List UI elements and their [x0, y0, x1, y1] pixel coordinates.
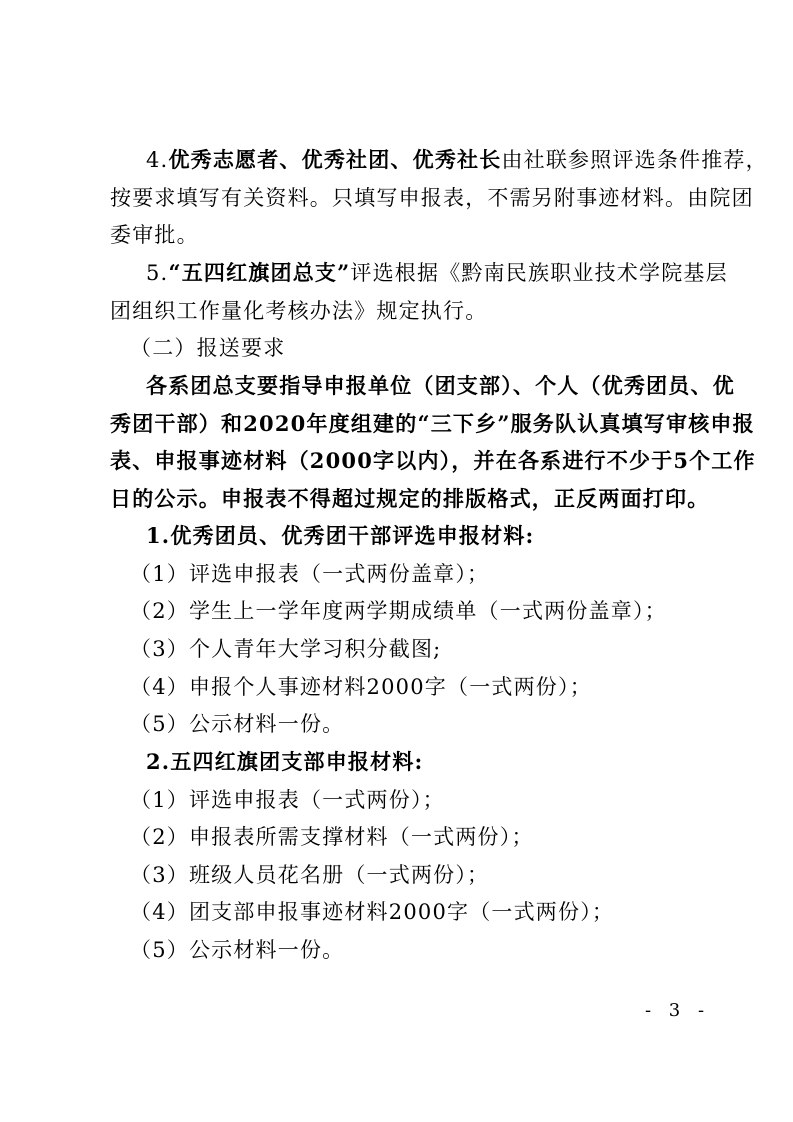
- section5-text: 评选根据《黔南民族职业技术学院基层: [350, 261, 727, 285]
- section5-number: 5.: [146, 261, 168, 285]
- intro-line3: 表、申报事迹材料（2000字以内），并在各系进行不少于5个工作: [110, 447, 694, 475]
- list2-item: （1）评选申报表（一式两份）；: [130, 786, 714, 814]
- section4-number: 4.: [146, 148, 168, 172]
- page-number: - 3 -: [645, 1000, 710, 1021]
- intro-line1: 各系团总支要指导申报单位（团支部）、个人（优秀团员、优: [146, 372, 694, 400]
- section4-text: 由社联参照评选条件推荐，: [501, 148, 767, 172]
- document-page: 4.优秀志愿者、优秀社团、优秀社长由社联参照评选条件推荐， 按要求填写有关资料。…: [0, 0, 793, 1122]
- section4-line3: 委审批。: [110, 221, 694, 249]
- list1-item: （5）公示材料一份。: [130, 710, 714, 738]
- section4-line1: 4.优秀志愿者、优秀社团、优秀社长由社联参照评选条件推荐，: [146, 146, 694, 174]
- section4-bold-title: 优秀志愿者、优秀社团、优秀社长: [168, 147, 501, 172]
- section5-line2: 团组织工作量化考核办法》规定执行。: [110, 297, 694, 325]
- intro-line2: 秀团干部）和2020年度组建的“三下乡”服务队认真填写审核申报: [110, 410, 694, 438]
- section5-line1: 5.“五四红旗团总支”评选根据《黔南民族职业技术学院基层: [146, 259, 694, 287]
- section5-bold-title: “五四红旗团总支”: [168, 260, 350, 285]
- list2-item: （2）申报表所需支撑材料（一式两份）；: [130, 823, 714, 851]
- list2-item: （3）班级人员花名册（一式两份）；: [130, 861, 714, 889]
- intro-line4: 日的公示。申报表不得超过规定的排版格式，正反两面打印。: [110, 485, 694, 513]
- subheading: （二）报送要求: [130, 334, 714, 362]
- list2-title: 2.五四红旗团支部申报材料:: [146, 748, 694, 776]
- list1-item: （2）学生上一学年度两学期成绩单（一式两份盖章）；: [130, 597, 714, 625]
- list1-title: 1.优秀团员、优秀团干部评选申报材料:: [146, 522, 694, 550]
- list1-item: （1）评选申报表（一式两份盖章）；: [130, 560, 714, 588]
- list1-item: （3）个人青年大学习积分截图;: [130, 635, 714, 663]
- list1-item: （4）申报个人事迹材料2000字（一式两份）；: [130, 673, 714, 701]
- section4-line2: 按要求填写有关资料。只填写申报表，不需另附事迹材料。由院团: [110, 184, 694, 212]
- list2-item: （5）公示材料一份。: [130, 936, 714, 964]
- list2-item: （4）团支部申报事迹材料2000字（一式两份）；: [130, 898, 714, 926]
